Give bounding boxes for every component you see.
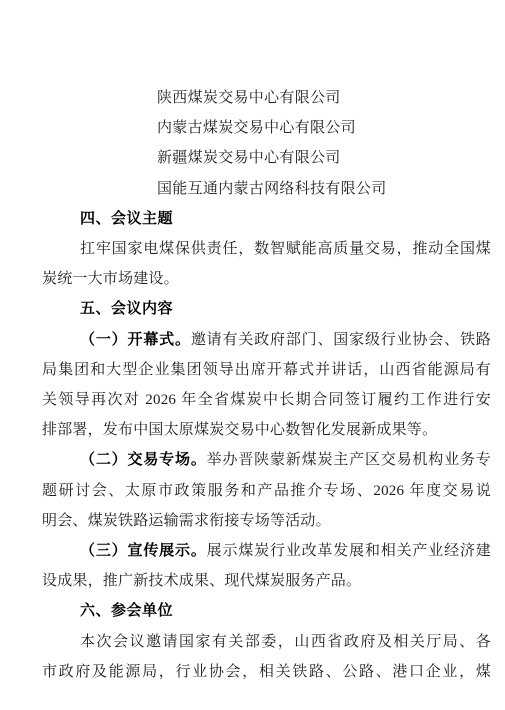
section-heading: 五、会议内容 [80,294,491,324]
paragraph-line: （二）交易专场。举办晋陕蒙新煤炭主产区交易机构业务专 [42,445,491,475]
document-page: 陕西煤炭交易中心有限公司内蒙古煤炭交易中心有限公司新疆煤炭交易中心有限公司国能互… [0,0,505,710]
paragraph-line: 市政府及能源局，行业协会，相关铁路、公路、港口企业，煤 [42,657,491,687]
bold-lead-text: （一）开幕式。 [80,331,191,348]
text-run: 炭统一大市场建设。 [42,271,179,287]
paragraph-line: 本次会议邀请国家有关部委，山西省政府及相关厅局、各 [42,627,491,657]
paragraph-line: 局集团和大型企业集团领导出席开幕式并讲话，山西省能源局有 [42,355,491,385]
text-run: 设成果，推广新技术成果、现代煤炭服务产品。 [42,573,361,589]
paragraph-line: 题研讨会、太原市政策服务和产品推介专场、2026 年度交易说 [42,476,491,506]
section-heading: 六、参会单位 [80,596,491,626]
document-body: 陕西煤炭交易中心有限公司内蒙古煤炭交易中心有限公司新疆煤炭交易中心有限公司国能互… [42,83,491,687]
company-line: 内蒙古煤炭交易中心有限公司 [157,113,491,143]
text-run: 邀请有关政府部门、国家级行业协会、铁路 [191,332,491,348]
text-run: 陕西煤炭交易中心有限公司 [157,90,341,106]
text-run: 题研讨会、太原市政策服务和产品推介专场、2026 年度交易说 [42,483,491,499]
section-heading: 四、会议主题 [80,204,491,234]
text-run: 关领导再次对 2026 年全省煤炭中长期合同签订履约工作进行安 [42,392,491,408]
company-line: 国能互通内蒙古网络科技有限公司 [157,174,491,204]
text-run: 市政府及能源局，行业协会，相关铁路、公路、港口企业，煤 [42,664,491,680]
text-run: 扛牢国家电煤保供责任，数智赋能高质量交易，推动全国煤 [80,241,491,257]
text-run: 国能互通内蒙古网络科技有限公司 [157,181,387,197]
paragraph-line: （一）开幕式。邀请有关政府部门、国家级行业协会、铁路 [42,325,491,355]
text-run: 新疆煤炭交易中心有限公司 [157,150,341,166]
paragraph-line: 炭统一大市场建设。 [42,264,491,294]
text-run: 内蒙古煤炭交易中心有限公司 [157,120,356,136]
paragraph-line: 关领导再次对 2026 年全省煤炭中长期合同签订履约工作进行安 [42,385,491,415]
paragraph-line: 明会、煤炭铁路运输需求衔接专场等活动。 [42,506,491,536]
paragraph-line: （三）宣传展示。展示煤炭行业改革发展和相关产业经济建 [42,536,491,566]
company-line: 陕西煤炭交易中心有限公司 [157,83,491,113]
text-run: 本次会议邀请国家有关部委，山西省政府及相关厅局、各 [80,634,491,650]
paragraph-line: 扛牢国家电煤保供责任，数智赋能高质量交易，推动全国煤 [42,234,491,264]
paragraph-line: 排部署，发布中国太原煤炭交易中心数智化发展新成果等。 [42,415,491,445]
text-run: 局集团和大型企业集团领导出席开幕式并讲话，山西省能源局有 [42,362,491,378]
company-line: 新疆煤炭交易中心有限公司 [157,143,491,173]
text-run: 四、会议主题 [80,210,173,227]
text-run: 排部署，发布中国太原煤炭交易中心数智化发展新成果等。 [42,422,437,438]
text-run: 五、会议内容 [80,300,173,317]
bold-lead-text: （二）交易专场。 [80,451,207,468]
bold-lead-text: （三）宣传展示。 [80,542,207,559]
text-run: 展示煤炭行业改革发展和相关产业经济建 [207,543,491,559]
paragraph-line: 设成果，推广新技术成果、现代煤炭服务产品。 [42,566,491,596]
text-run: 明会、煤炭铁路运输需求衔接专场等活动。 [42,513,331,529]
text-run: 举办晋陕蒙新煤炭主产区交易机构业务专 [207,452,491,468]
text-run: 六、参会单位 [80,602,173,619]
